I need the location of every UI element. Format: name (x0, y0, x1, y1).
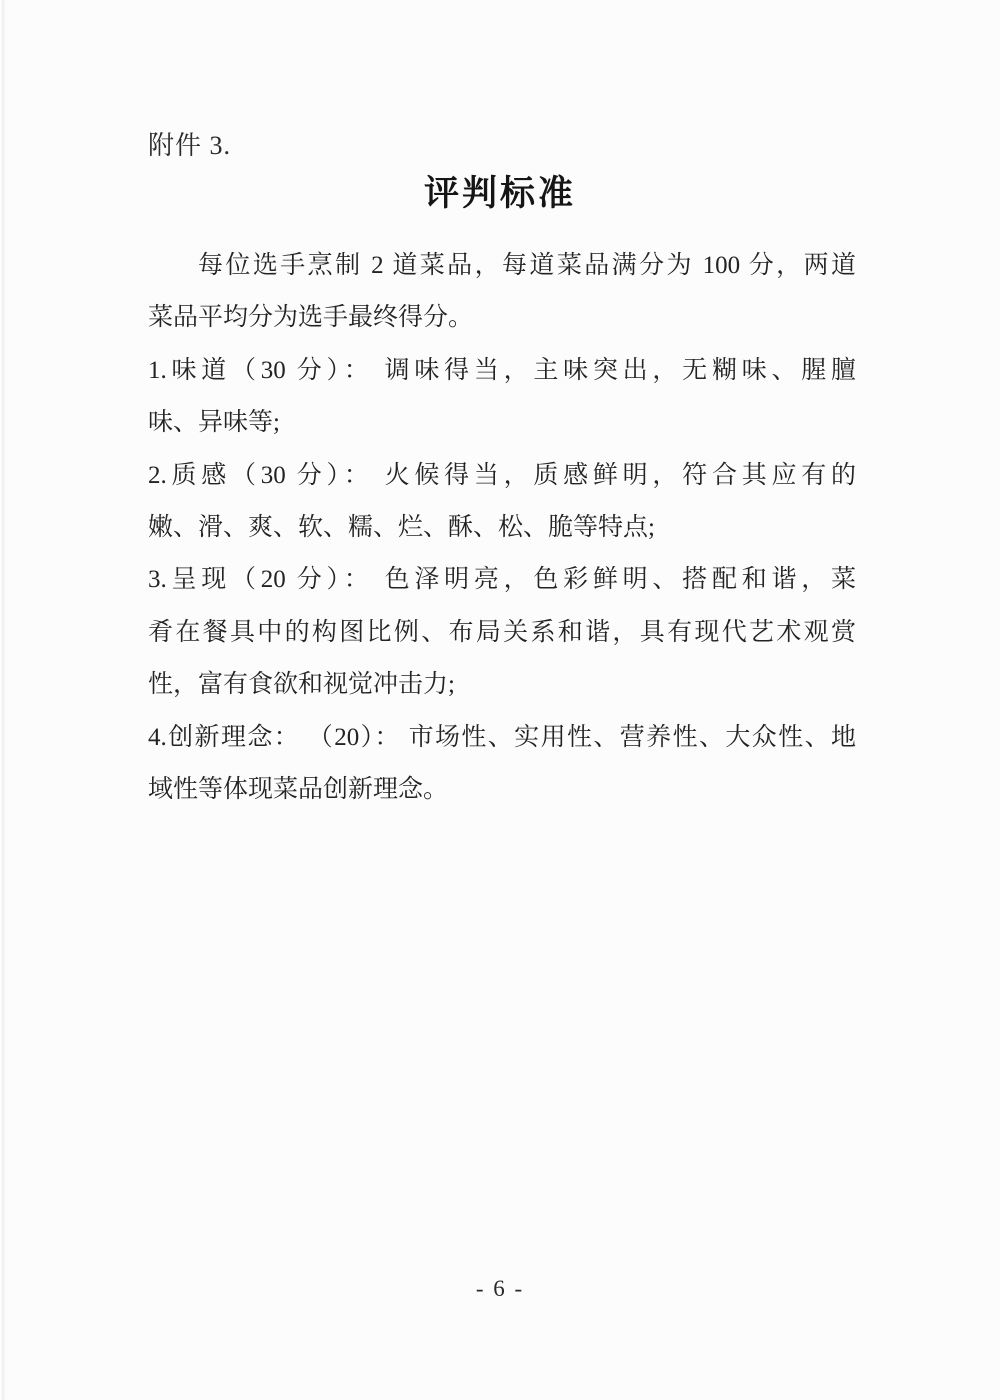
body-line: 4.创新理念： （20）： 市场性、实用性、营养性、大众性、地 (148, 712, 856, 764)
body-line: 2.质感（30 分）： 火候得当，质感鲜明，符合其应有的 (148, 450, 856, 502)
body-line: 嫩、滑、爽、软、糯、烂、酥、松、脆等特点; (148, 502, 856, 554)
document-page: 附件 3. 评判标准 每位选手烹制 2 道菜品，每道菜品满分为 100 分，两道… (0, 0, 1000, 1400)
body-line: 菜品平均分为选手最终得分。 (148, 292, 856, 344)
page-number: - 6 - (0, 1276, 1000, 1302)
body-line: 3.呈现（20 分）： 色泽明亮，色彩鲜明、搭配和谐，菜 (148, 554, 856, 606)
attachment-label: 附件 3. (148, 128, 231, 164)
body-line: 性，富有食欲和视觉冲击力; (148, 659, 856, 711)
document-body: 每位选手烹制 2 道菜品，每道菜品满分为 100 分，两道 菜品平均分为选手最终… (148, 240, 856, 816)
body-line: 每位选手烹制 2 道菜品，每道菜品满分为 100 分，两道 (148, 240, 856, 292)
body-line: 味、异味等; (148, 397, 856, 449)
body-line: 域性等体现菜品创新理念。 (148, 764, 856, 816)
body-line: 肴在餐具中的构图比例、布局关系和谐，具有现代艺术观赏 (148, 607, 856, 659)
page-title: 评判标准 (0, 166, 1000, 216)
body-line: 1.味道（30 分）： 调味得当，主味突出，无糊味、腥膻 (148, 345, 856, 397)
